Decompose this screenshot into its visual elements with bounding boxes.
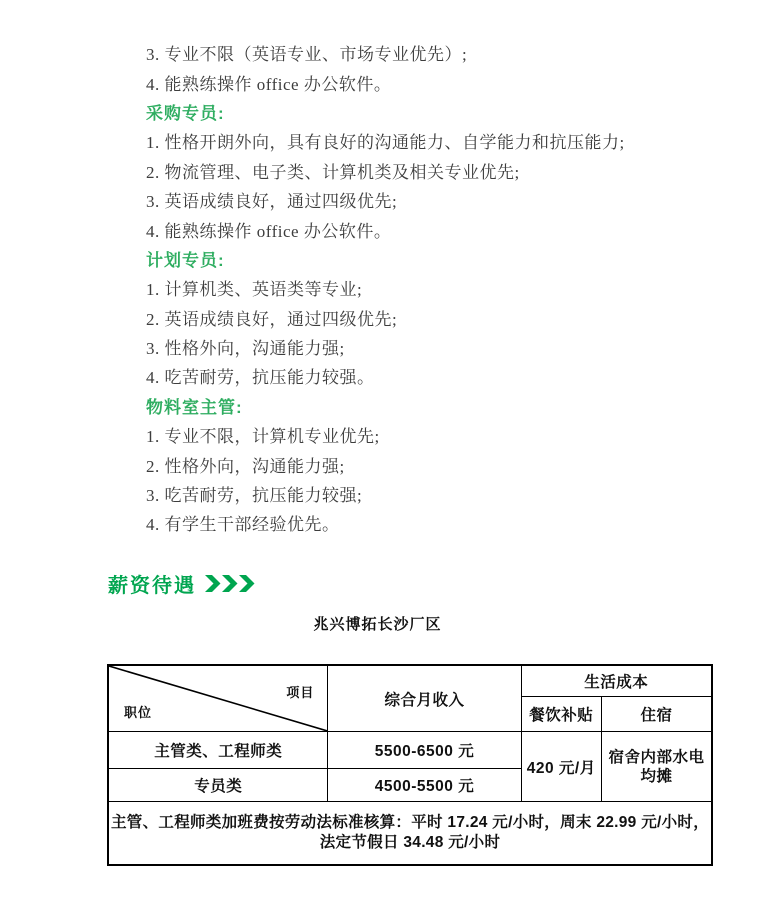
recruitment-document-page: 3. 专业不限（英语专业、市场专业优先）; 4. 能熟练操作 office 办公… [0, 0, 757, 914]
salary-section-title: 薪资待遇 [108, 569, 196, 598]
position-subheading: 采购专员: [146, 97, 706, 126]
requirement-item: 4. 吃苦耐劳，抗压能力较强。 [146, 361, 706, 390]
overtime-note-line-1: 主管、工程师类加班费按劳动法标准核算：平时 17.24 元/小时，周末 22.9… [111, 813, 709, 833]
salary-section-header: 薪资待遇 [108, 571, 256, 595]
table-row: 主管类、工程师类 5500-6500 元 420 元/月 宿舍内部水电均摊 [108, 732, 712, 769]
position-subheading: 物料室主管: [146, 391, 706, 420]
overtime-note-line-2: 法定节假日 34.48 元/小时 [111, 833, 709, 853]
requirement-item: 1. 性格开朗外向，具有良好的沟通能力、自学能力和抗压能力; [146, 126, 706, 155]
requirement-item: 4. 能熟练操作 office 办公软件。 [146, 67, 706, 96]
requirement-item: 2. 性格外向，沟通能力强; [146, 449, 706, 478]
requirement-item: 3. 专业不限（英语专业、市场专业优先）; [146, 38, 706, 67]
requirement-item: 4. 能熟练操作 office 办公软件。 [146, 214, 706, 243]
requirement-item: 3. 性格外向，沟通能力强; [146, 332, 706, 361]
housing-value-cell: 宿舍内部水电均摊 [601, 732, 712, 802]
position-subheading: 计划专员: [146, 244, 706, 273]
header-housing: 住宿 [601, 697, 712, 732]
requirement-item: 4. 有学生干部经验优先。 [146, 508, 706, 537]
requirement-item: 3. 吃苦耐劳，抗压能力较强; [146, 479, 706, 508]
requirement-item: 2. 英语成绩良好，通过四级优先; [146, 303, 706, 332]
requirement-item: 1. 专业不限，计算机专业优先; [146, 420, 706, 449]
meal-subsidy-value-cell: 420 元/月 [521, 732, 601, 802]
requirement-item: 3. 英语成绩良好，通过四级优先; [146, 185, 706, 214]
salary-table: 项目 职位 综合月收入 生活成本 餐饮补贴 住宿 主管类、工程师类 5500-6… [107, 664, 713, 866]
header-living-cost: 生活成本 [521, 665, 712, 697]
income-cell: 5500-6500 元 [328, 732, 521, 769]
corner-label-position: 职位 [124, 702, 152, 721]
header-monthly-income: 综合月收入 [328, 665, 521, 732]
salary-table-title: 兆兴博拓长沙厂区 [107, 613, 648, 634]
requirements-list: 3. 专业不限（英语专业、市场专业优先）; 4. 能熟练操作 office 办公… [146, 38, 706, 538]
corner-label-item: 项目 [286, 682, 314, 701]
position-cell: 主管类、工程师类 [108, 732, 328, 769]
position-cell: 专员类 [108, 769, 328, 802]
income-cell: 4500-5500 元 [328, 769, 521, 802]
table-corner-cell: 项目 职位 [108, 665, 328, 732]
requirement-item: 1. 计算机类、英语类等专业; [146, 273, 706, 302]
overtime-note-cell: 主管、工程师类加班费按劳动法标准核算：平时 17.24 元/小时，周末 22.9… [108, 802, 712, 866]
triple-chevron-right-icon [205, 575, 256, 592]
header-meal-subsidy: 餐饮补贴 [521, 697, 601, 732]
requirement-item: 2. 物流管理、电子类、计算机类及相关专业优先; [146, 156, 706, 185]
